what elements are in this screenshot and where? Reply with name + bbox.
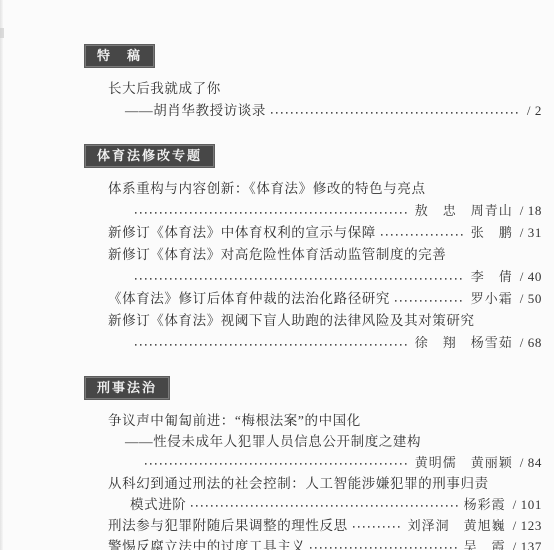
- dotted-leader: [135, 270, 465, 284]
- page-number: / 50: [520, 288, 542, 310]
- section-special-feature: 特 稿 长大后我就成了你 ——胡肖华教授访谈录 / 2: [84, 44, 542, 122]
- section-entries: 体系重构与内容创新：《体育法》修改的特色与亮点 敖 忠 周青山 / 18 新修订…: [84, 178, 542, 354]
- article-authors: 刘泽洞 黄旭巍: [408, 515, 506, 536]
- toc-line: 体系重构与内容创新：《体育法》修改的特色与亮点: [84, 178, 542, 200]
- page-number: / 101: [513, 494, 542, 515]
- dotted-leader: [381, 226, 465, 240]
- page-number: / 137: [513, 536, 542, 550]
- dotted-leader: [271, 104, 521, 118]
- page-number: / 84: [520, 452, 542, 473]
- journal-toc-page: 特 稿 长大后我就成了你 ——胡肖华教授访谈录 / 2 体育法修改专题 体系重构…: [0, 0, 554, 550]
- toc-line: 《体育法》修订后体育仲裁的法治化路径研究 罗小霜 / 50: [84, 288, 542, 310]
- article-title: 新修订《体育法》中体育权利的宣示与保障: [108, 222, 376, 244]
- article-title: 刑法参与犯罪附随后果调整的理性反思: [108, 515, 348, 536]
- article-title-continued: 模式进阶: [130, 494, 186, 515]
- article-title: 体系重构与内容创新：《体育法》修改的特色与亮点: [108, 178, 426, 200]
- page-number: / 18: [520, 200, 542, 222]
- dotted-leader: [135, 204, 409, 218]
- dotted-leader: [395, 292, 465, 306]
- article-authors: 张 鹏: [471, 222, 513, 244]
- article-title: 争议声中匍匐前进：“梅根法案”的中国化: [108, 410, 361, 431]
- toc-line: 新修订《体育法》视阈下盲人助跑的法律风险及其对策研究: [84, 310, 542, 332]
- dotted-leader: [191, 498, 457, 512]
- section-entries: 争议声中匍匐前进：“梅根法案”的中国化 ——性侵未成年人犯罪人员信息公开制度之建…: [84, 410, 542, 550]
- article-subtitle: ——性侵未成年人犯罪人员信息公开制度之建构: [125, 431, 421, 452]
- dotted-leader: [135, 336, 409, 350]
- page-number: / 2: [527, 100, 542, 122]
- toc-line: 从科幻到通过刑法的社会控制：人工智能涉嫌犯罪的刑事归责: [84, 473, 542, 494]
- toc-line: 长大后我就成了你: [84, 78, 542, 100]
- article-title: 《体育法》修订后体育仲裁的法治化路径研究: [108, 288, 390, 310]
- section-label: 刑事法治: [84, 376, 170, 400]
- article-authors: 敖 忠 周青山: [415, 200, 513, 222]
- scan-speck-artifact: [0, 28, 4, 38]
- article-subtitle: ——胡肖华教授访谈录: [125, 100, 266, 122]
- toc-line: 黄明儒 黄丽颖 / 84: [84, 452, 542, 473]
- article-title: 警惕反腐立法中的过度工具主义: [108, 536, 305, 550]
- article-title: 新修订《体育法》对高危险性体育活动监管制度的完善: [108, 244, 446, 266]
- toc-line: 争议声中匍匐前进：“梅根法案”的中国化: [84, 410, 542, 431]
- toc-line: 警惕反腐立法中的过度工具主义 吴 霞 / 137: [84, 536, 542, 550]
- article-authors: 徐 翔 杨雪茹: [415, 332, 513, 354]
- section-label: 特 稿: [84, 44, 155, 68]
- toc-line: 敖 忠 周青山 / 18: [84, 200, 542, 222]
- toc-line: 刑法参与犯罪附随后果调整的理性反思 刘泽洞 黄旭巍 / 123: [84, 515, 542, 536]
- article-authors: 罗小霜: [471, 288, 513, 310]
- dotted-leader: [353, 519, 402, 533]
- toc-line: 新修订《体育法》对高危险性体育活动监管制度的完善: [84, 244, 542, 266]
- toc-line: ——性侵未成年人犯罪人员信息公开制度之建构: [84, 431, 542, 452]
- toc-line: 徐 翔 杨雪茹 / 68: [84, 332, 542, 354]
- dotted-leader: [310, 540, 457, 550]
- page-number: / 123: [513, 515, 542, 536]
- toc-line: 模式进阶 杨彩霞 / 101: [84, 494, 542, 515]
- toc-line: 李 倩 / 40: [84, 266, 542, 288]
- page-number: / 40: [520, 266, 542, 288]
- section-label: 体育法修改专题: [84, 144, 215, 168]
- article-title: 长大后我就成了你: [108, 78, 221, 100]
- section-criminal-law: 刑事法治 争议声中匍匐前进：“梅根法案”的中国化 ——性侵未成年人犯罪人员信息公…: [84, 376, 542, 550]
- section-entries: 长大后我就成了你 ——胡肖华教授访谈录 / 2: [84, 78, 542, 122]
- article-title: 新修订《体育法》视阈下盲人助跑的法律风险及其对策研究: [108, 310, 475, 332]
- page-number: / 68: [520, 332, 542, 354]
- page-number: / 31: [520, 222, 542, 244]
- scan-edge-artifact: [0, 0, 3, 550]
- article-title: 从科幻到通过刑法的社会控制：人工智能涉嫌犯罪的刑事归责: [108, 473, 489, 494]
- article-authors: 黄明儒 黄丽颖: [415, 452, 513, 473]
- section-sports-law: 体育法修改专题 体系重构与内容创新：《体育法》修改的特色与亮点 敖 忠 周青山 …: [84, 144, 542, 354]
- article-authors: 吴 霞: [464, 536, 506, 550]
- dotted-leader: [145, 456, 409, 470]
- article-authors: 李 倩: [471, 266, 513, 288]
- toc-line: ——胡肖华教授访谈录 / 2: [84, 100, 542, 122]
- article-authors: 杨彩霞: [464, 494, 506, 515]
- toc-line: 新修订《体育法》中体育权利的宣示与保障 张 鹏 / 31: [84, 222, 542, 244]
